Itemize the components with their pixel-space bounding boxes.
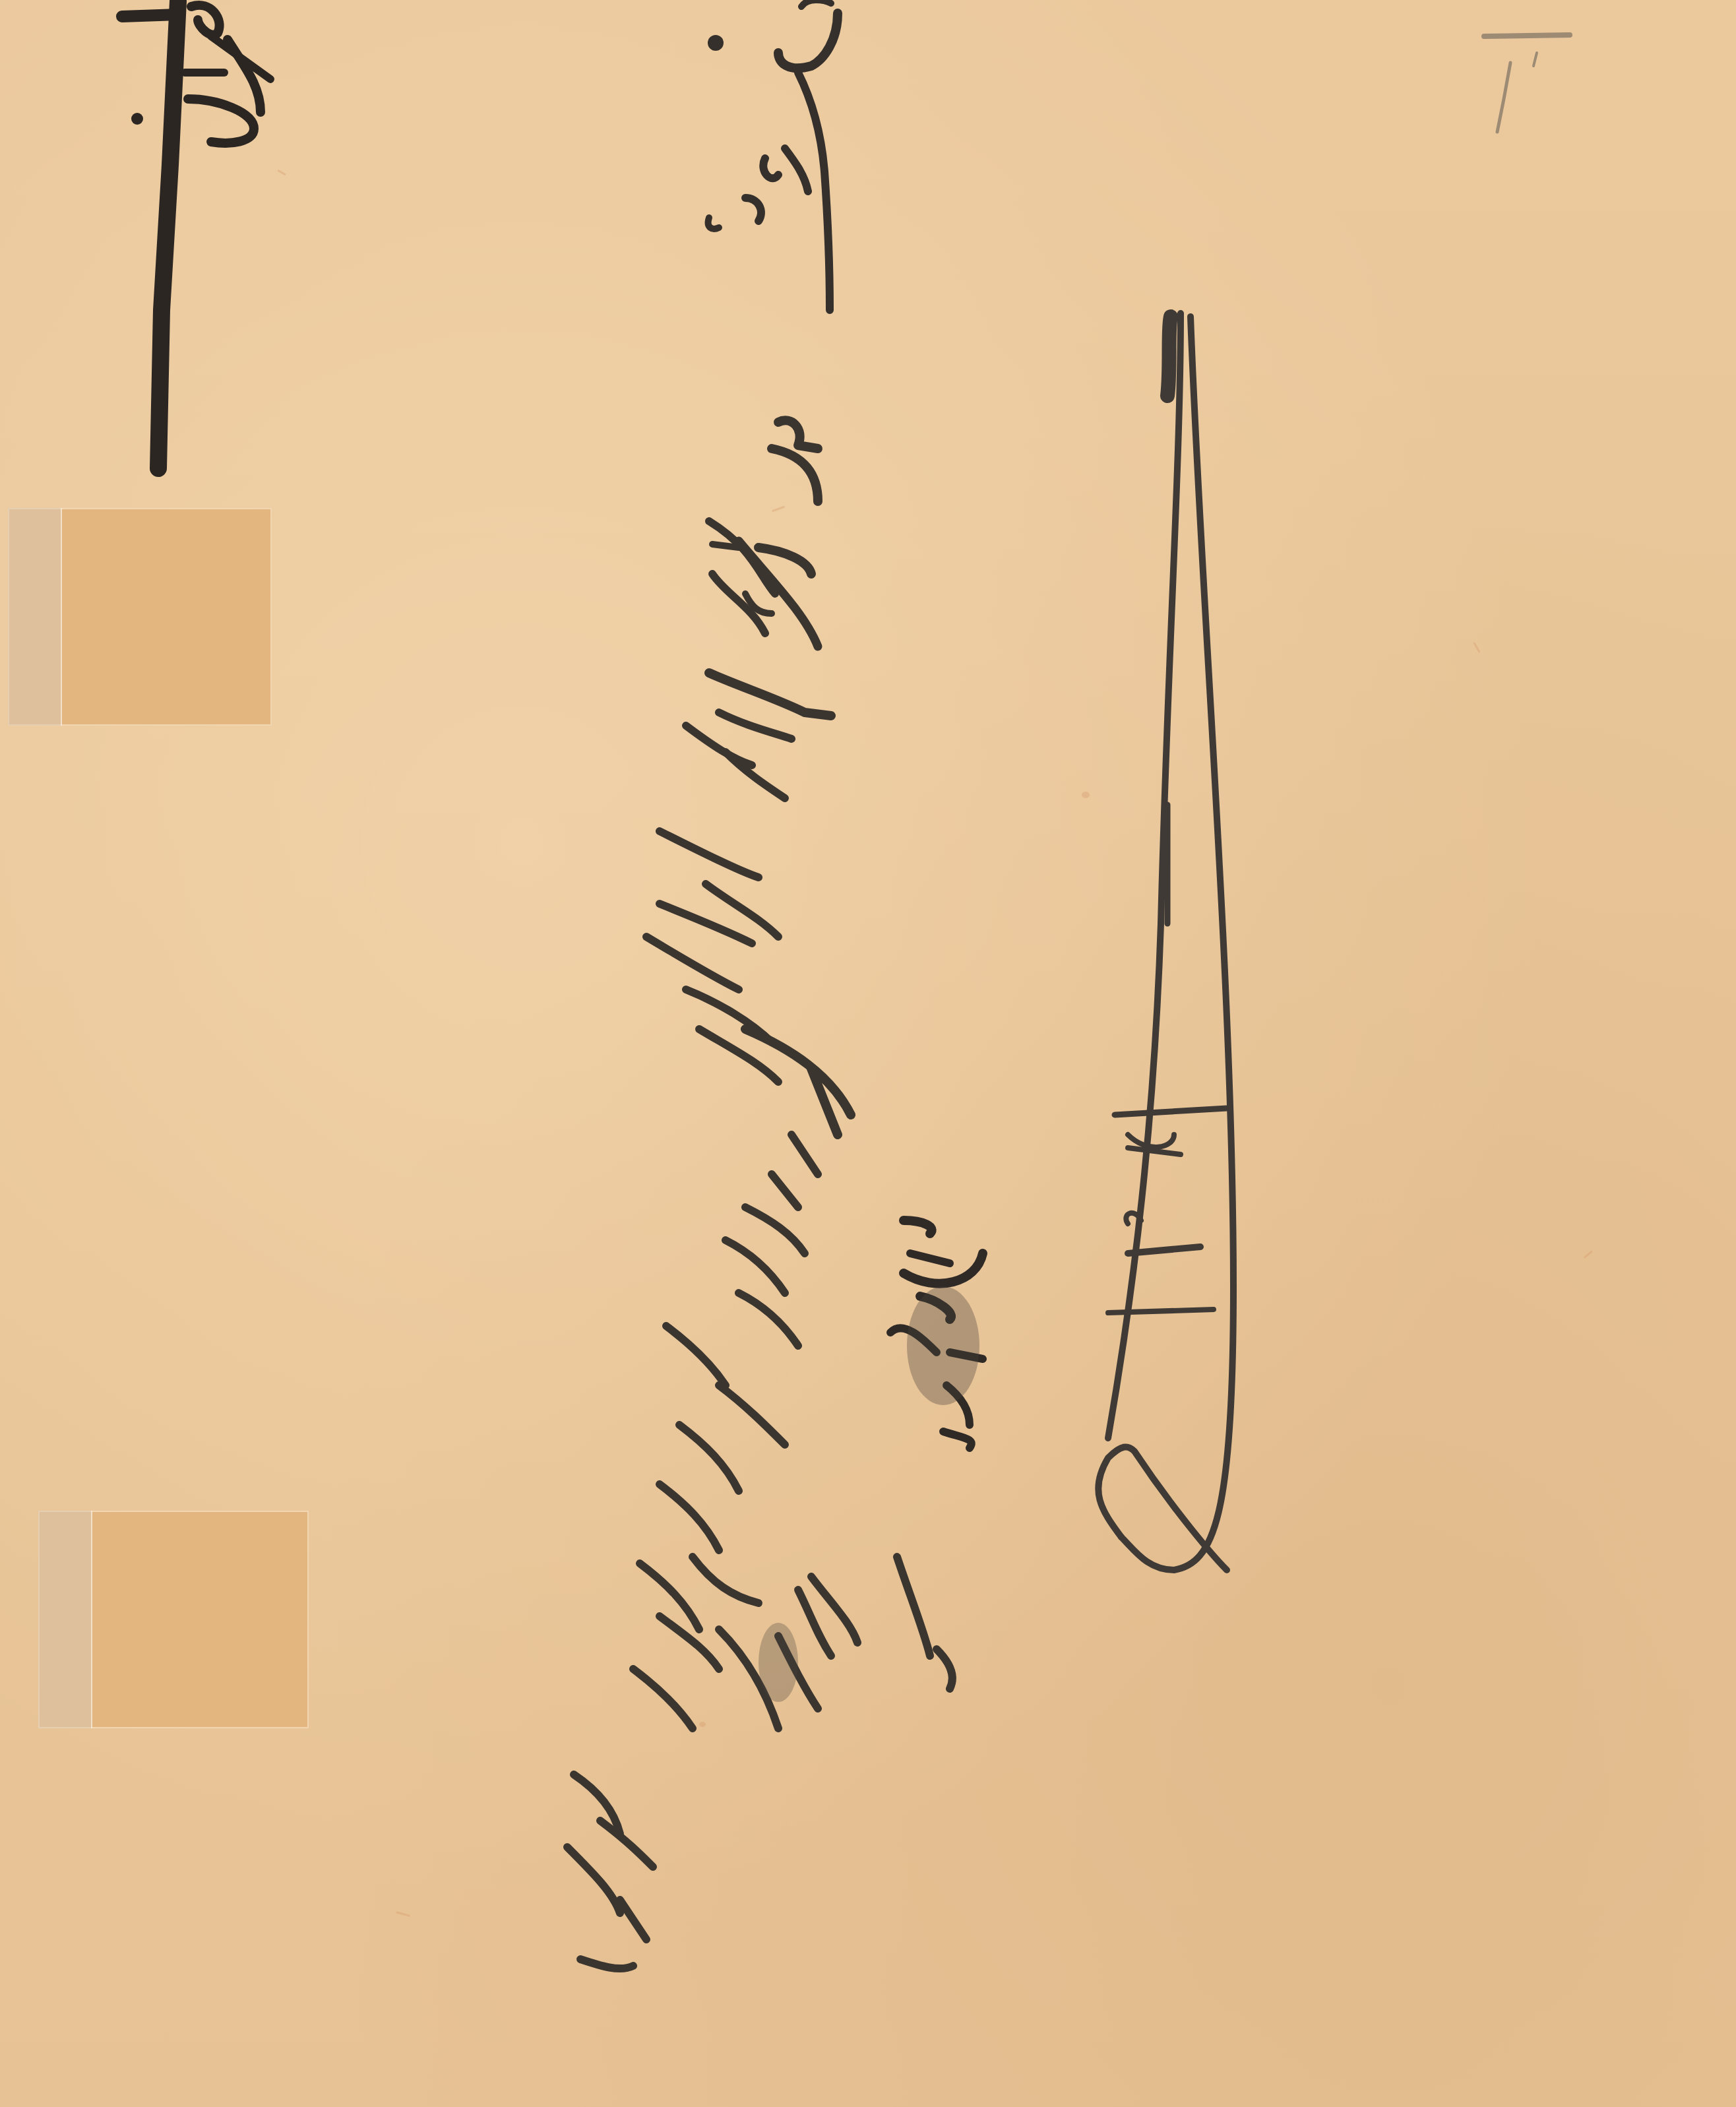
address-block	[567, 420, 952, 1968]
header-top-right	[708, 0, 838, 310]
ink-smudge	[759, 1286, 979, 1702]
stamp-mark-top-right	[1484, 35, 1570, 132]
handwriting-layer	[0, 0, 1736, 2107]
numeral-annotation	[1098, 313, 1233, 1570]
signature-top-left	[122, 1, 270, 468]
